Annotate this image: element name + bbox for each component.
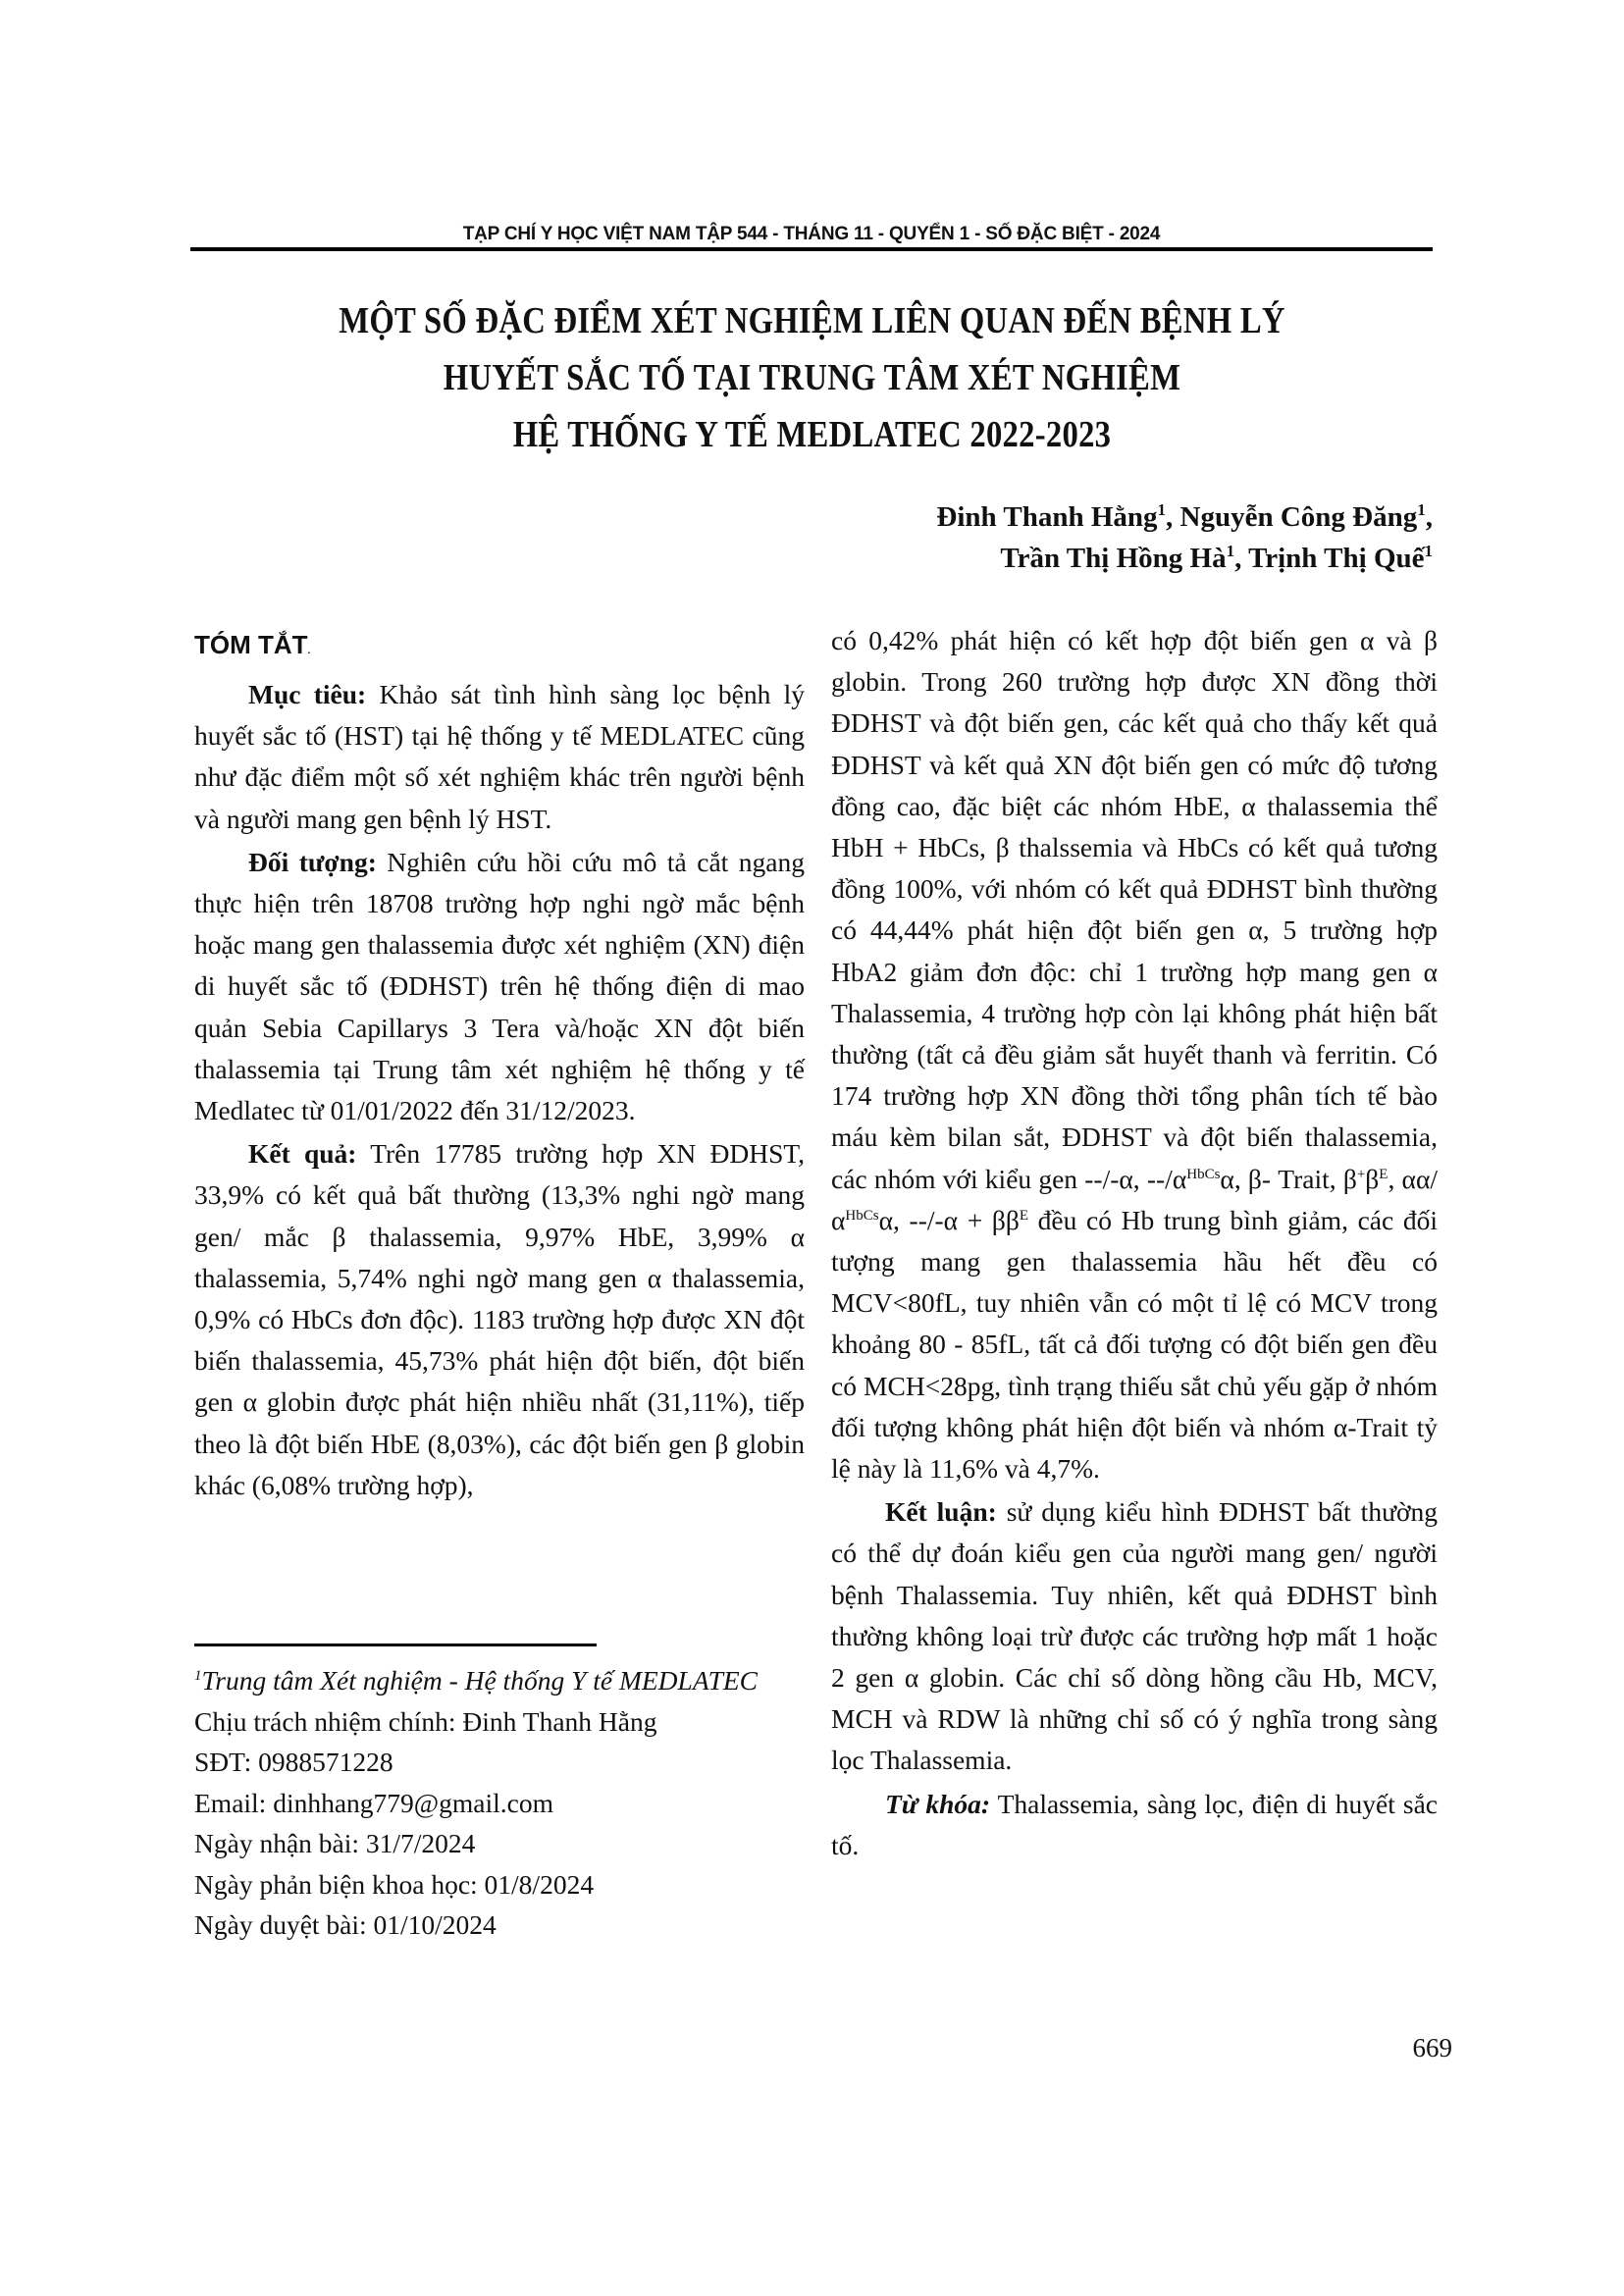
page-number: 669 (1374, 2033, 1452, 2063)
right-column: có 0,42% phát hiện có kết hợp đột biến g… (831, 620, 1438, 1868)
author-separator: , (1234, 543, 1248, 574)
date-accepted: Ngày duyệt bài: 01/10/2024 (194, 1905, 805, 1946)
email-address: Email: dinhhang779@gmail.com (194, 1783, 805, 1824)
left-column: TÓM TẮT. Mục tiêu: Khảo sát tình hình sà… (194, 628, 805, 1508)
author-separator: , (1426, 501, 1433, 533)
results-continued-paragraph: có 0,42% phát hiện có kết hợp đột biến g… (831, 620, 1438, 1489)
title-line-1: MỘT SỐ ĐẶC ĐIỂM XÉT NGHIỆM LIÊN QUAN ĐẾN… (283, 292, 1341, 349)
date-received: Ngày nhận bài: 31/7/2024 (194, 1823, 805, 1864)
author-separator: , (1166, 501, 1180, 533)
header-rule (190, 247, 1433, 251)
title-line-2: HUYẾT SẮC TỐ TẠI TRUNG TÂM XÉT NGHIỆM (283, 349, 1341, 406)
author-line-2: Trần Thị Hồng Hà1, Trịnh Thị Quế1 (936, 538, 1433, 579)
author-name: Nguyễn Công Đăng (1180, 501, 1418, 533)
objective-paragraph: Mục tiêu: Khảo sát tình hình sàng lọc bệ… (194, 674, 805, 840)
author-affiliation-mark: 1 (1158, 500, 1167, 519)
conclusion-text: sử dụng kiểu hình ĐDHST bất thường có th… (831, 1496, 1438, 1775)
keywords-label: Từ khóa: (885, 1789, 990, 1819)
subjects-label: Đối tượng: (248, 847, 377, 877)
corresponding-author: Chịu trách nhiệm chính: Đinh Thanh Hằng (194, 1701, 805, 1743)
keywords-paragraph: Từ khóa: Thalassemia, sàng lọc, điện di … (831, 1784, 1438, 1866)
author-list: Đinh Thanh Hằng1, Nguyễn Công Đăng1, Trầ… (936, 496, 1433, 579)
results-paragraph: Kết quả: Trên 17785 trường hợp XN ĐDHST,… (194, 1133, 805, 1506)
author-affiliation-mark: 1 (1417, 500, 1426, 519)
results-text: Trên 17785 trường hợp XN ĐDHST, 33,9% có… (194, 1138, 805, 1500)
results-label: Kết quả: (248, 1138, 356, 1169)
author-name: Trần Thị Hồng Hà (1000, 543, 1226, 574)
abstract-heading: TÓM TẮT. (194, 628, 805, 668)
journal-running-header: TẠP CHÍ Y HỌC VIỆT NAM TẬP 544 - THÁNG 1… (190, 224, 1433, 245)
author-name: Trịnh Thị Quế (1248, 543, 1424, 574)
objective-label: Mục tiêu: (248, 679, 366, 709)
footnotes: 1Trung tâm Xét nghiệm - Hệ thống Y tế ME… (194, 1660, 805, 1946)
date-reviewed: Ngày phản biện khoa học: 01/8/2024 (194, 1864, 805, 1905)
author-affiliation-mark: 1 (1227, 542, 1235, 560)
author-line-1: Đinh Thanh Hằng1, Nguyễn Công Đăng1, (936, 496, 1433, 538)
author-name: Đinh Thanh Hằng (936, 501, 1157, 533)
footnote-rule (194, 1644, 597, 1646)
title-line-3: HỆ THỐNG Y TẾ MEDLATEC 2022-2023 (283, 406, 1341, 463)
affiliation-note: 1Trung tâm Xét nghiệm - Hệ thống Y tế ME… (194, 1660, 805, 1701)
subjects-text: Nghiên cứu hồi cứu mô tả cắt ngang thực … (194, 847, 805, 1125)
article-title: MỘT SỐ ĐẶC ĐIỂM XÉT NGHIỆM LIÊN QUAN ĐẾN… (283, 292, 1341, 463)
phone-number: SĐT: 0988571228 (194, 1742, 805, 1783)
author-affiliation-mark: 1 (1425, 542, 1434, 560)
conclusion-label: Kết luận: (885, 1496, 997, 1527)
subjects-paragraph: Đối tượng: Nghiên cứu hồi cứu mô tả cắt … (194, 842, 805, 1131)
conclusion-paragraph: Kết luận: sử dụng kiểu hình ĐDHST bất th… (831, 1491, 1438, 1781)
